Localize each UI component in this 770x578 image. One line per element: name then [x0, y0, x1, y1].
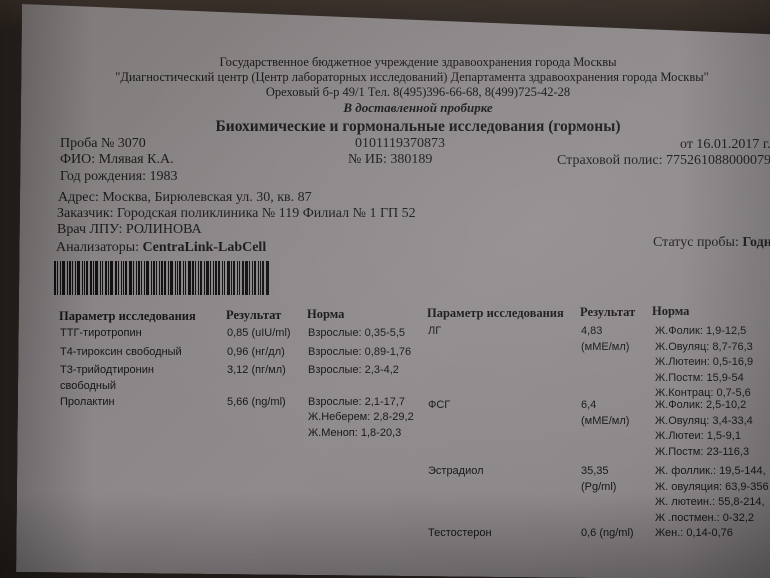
- barcode-bar: [110, 261, 113, 295]
- norm-range: Ж .постмен.: 0-32,2: [655, 512, 754, 524]
- barcode-bar: [258, 261, 259, 295]
- barcode-bar: [175, 261, 176, 295]
- barcode-bar: [231, 261, 232, 295]
- barcode-bar: [161, 261, 163, 295]
- norm-range: Ж.Лютеин: 0,5-16,9: [655, 356, 753, 368]
- barcode-bar: [188, 261, 191, 295]
- left-header-norm: Норма: [307, 307, 344, 322]
- barcode: [54, 261, 300, 295]
- history-number: № ИБ: 380189: [348, 152, 432, 168]
- norm-range: Жен.: 0,14-0,76: [655, 527, 733, 539]
- barcode-bar: [159, 261, 160, 295]
- barcode-bar: [60, 261, 61, 295]
- status-value: Годн: [742, 235, 770, 250]
- barcode-bar: [200, 261, 202, 295]
- barcode-bar: [90, 261, 92, 295]
- barcode-bar: [151, 261, 152, 295]
- barcode-bar: [218, 261, 220, 295]
- barcode-bar: [249, 261, 250, 295]
- norm-range: Ж. овуляция: 63,9-356: [655, 481, 769, 493]
- barcode-bar: [227, 261, 230, 295]
- barcode-bar: [62, 261, 65, 295]
- org-name-line: Государственное бюджетное учреждение здр…: [219, 55, 616, 70]
- result-value: 5,66 (ng/ml): [227, 396, 286, 408]
- barcode-bar: [262, 261, 264, 295]
- norm-range: Ж.Фолик: 1,9-12,5: [655, 325, 746, 337]
- barcode-bar: [84, 261, 85, 295]
- barcode-number: 0101119370873: [355, 136, 445, 152]
- barcode-bar: [129, 261, 132, 295]
- barcode-bar: [179, 261, 181, 295]
- right-header-param: Параметр исследования: [427, 306, 564, 321]
- barcode-bar: [115, 261, 117, 295]
- barcode-bar: [77, 261, 80, 295]
- barcode-bar: [206, 261, 209, 295]
- norm-range: Ж.Овуляц: 8,7-76,3: [655, 341, 753, 353]
- param-name: ЛГ: [428, 325, 441, 337]
- barcode-bar: [95, 261, 98, 295]
- barcode-bar: [105, 261, 107, 295]
- barcode-bar: [237, 261, 238, 295]
- barcode-bar: [121, 261, 122, 295]
- barcode-bar: [108, 261, 109, 295]
- result-value: (мМЕ/мл): [581, 341, 629, 353]
- barcode-bar: [185, 261, 186, 295]
- norm-range: Ж.Контрац: 0,7-5,6: [655, 387, 751, 399]
- norm-range: Взрослые: 2,1-17,7: [308, 396, 405, 408]
- sample-status: Статус пробы: Годн: [653, 235, 770, 251]
- norm-range: Ж. фоллик.: 19,5-144,: [655, 465, 766, 477]
- barcode-bar: [138, 261, 140, 295]
- barcode-bar: [195, 261, 196, 295]
- result-value: (мМЕ/мл): [581, 415, 629, 427]
- barcode-bar: [156, 261, 157, 295]
- insurance-policy: Страховой полис: 7752610880000790: [557, 153, 770, 169]
- norm-range: Ж.Лютеи: 1,5-9,1: [655, 430, 741, 442]
- customer: Заказчик: Городская поликлиника № 119 Фи…: [57, 206, 416, 222]
- barcode-bar: [239, 261, 240, 295]
- barcode-bar: [125, 261, 127, 295]
- norm-range: Ж.Овуляц: 3,4-33,4: [655, 415, 753, 427]
- barcode-bar: [72, 261, 73, 295]
- barcode-bar: [222, 261, 223, 295]
- barcode-bar: [192, 261, 194, 295]
- norm-range: Ж.Фолик: 2,5-10,2: [655, 399, 746, 411]
- barcode-bar: [260, 261, 261, 295]
- barcode-bar: [75, 261, 76, 295]
- barcode-bar: [242, 261, 244, 295]
- status-label: Статус пробы:: [653, 235, 742, 250]
- report-date: от 16.01.2017 г.: [680, 137, 770, 153]
- barcode-bar: [123, 261, 124, 295]
- barcode-bar: [213, 261, 214, 295]
- param-name: ФСГ: [428, 399, 450, 411]
- barcode-bar: [82, 261, 83, 295]
- barcode-bar: [67, 261, 68, 295]
- param-name: Тестостерон: [428, 527, 492, 539]
- barcode-bar: [102, 261, 103, 295]
- barcode-bar: [144, 261, 145, 295]
- barcode-bar: [118, 261, 119, 295]
- param-name: ТТГ-тиротропин: [60, 327, 142, 339]
- analyzers-label: Анализаторы:: [56, 240, 143, 255]
- patient-address: Адрес: Москва, Бирюлевская ул. 30, кв. 8…: [58, 190, 312, 206]
- norm-range: Ж. лютеин.: 55,8-214,: [655, 496, 765, 508]
- barcode-bar: [177, 261, 178, 295]
- barcode-bar: [198, 261, 199, 295]
- result-value: (Pg/ml): [581, 481, 616, 493]
- right-header-norm: Норма: [652, 304, 689, 319]
- result-value: 35,35: [581, 465, 609, 477]
- result-value: 4,83: [581, 325, 602, 337]
- barcode-bar: [245, 261, 248, 295]
- barcode-bar: [164, 261, 166, 295]
- report-title: Биохимические и гормональные исследовани…: [216, 118, 621, 136]
- barcode-bar: [57, 261, 58, 295]
- birth-year: Год рождения: 1983: [60, 169, 178, 185]
- norm-range: Взрослые: 2,3-4,2: [308, 364, 399, 376]
- param-name: Т3-трийодтиронин: [60, 364, 154, 376]
- param-name: Эстрадиол: [428, 465, 484, 477]
- barcode-bar: [93, 261, 94, 295]
- barcode-bar: [141, 261, 142, 295]
- param-name: свободный: [60, 380, 116, 392]
- barcode-bar: [168, 261, 169, 295]
- result-value: 0,96 (нг/дл): [227, 346, 285, 358]
- param-name: Т4-тироксин свободный: [60, 346, 182, 358]
- barcode-bar: [233, 261, 235, 295]
- norm-range: Взрослые: 0,35-5,5: [308, 327, 405, 339]
- org-address-line: Ореховый б-р 49/1 Тел. 8(495)396-66-68, …: [266, 85, 570, 100]
- barcode-bar: [215, 261, 217, 295]
- result-value: 0,6 (ng/ml): [581, 527, 634, 539]
- patient-name: ФИО: Млявая К.А.: [60, 152, 174, 168]
- barcode-bar: [100, 261, 101, 295]
- barcode-bar: [204, 261, 205, 295]
- barcode-bar: [136, 261, 137, 295]
- org-center-line: "Диагностический центр (Центр лабораторн…: [115, 70, 709, 85]
- barcode-bar: [146, 261, 149, 295]
- norm-range: Взрослые: 0,89-1,76: [308, 346, 411, 358]
- norm-range: Ж.Менoп: 1,8-20,3: [308, 427, 401, 439]
- barcode-bar: [254, 261, 256, 295]
- norm-range: Ж.Неберем: 2,8-29,2: [308, 411, 414, 423]
- norm-range: Ж.Постм: 15,9-54: [655, 372, 744, 384]
- result-value: 6,4: [581, 399, 596, 411]
- barcode-bar: [170, 261, 173, 295]
- left-header-result: Результат: [226, 308, 281, 323]
- sample-note: В доставленной пробирке: [343, 100, 492, 116]
- analyzers-value: CentraLink-LabCell: [143, 240, 267, 255]
- barcode-bar: [69, 261, 71, 295]
- barcode-bar: [153, 261, 155, 295]
- left-header-param: Параметр исследования: [59, 309, 196, 324]
- barcode-bar: [252, 261, 253, 295]
- barcode-bar: [224, 261, 225, 295]
- analyzers: Анализаторы: CentraLink-LabCell: [56, 240, 266, 256]
- barcode-bar: [266, 261, 269, 295]
- barcode-bar: [86, 261, 88, 295]
- barcode-bar: [133, 261, 134, 295]
- right-header-result: Результат: [580, 305, 635, 320]
- barcode-bar: [210, 261, 211, 295]
- sample-number: Проба № 3070: [60, 136, 146, 152]
- norm-range: Ж.Постм: 23-116,3: [655, 446, 749, 458]
- result-value: 0,85 (uIU/ml): [227, 327, 291, 339]
- result-value: 3,12 (пг/мл): [227, 364, 286, 376]
- barcode-bar: [183, 261, 184, 295]
- doctor: Врач ЛПУ: РОЛИНОВА: [57, 222, 202, 238]
- barcode-bar: [54, 261, 56, 295]
- param-name: Пролактин: [60, 396, 115, 408]
